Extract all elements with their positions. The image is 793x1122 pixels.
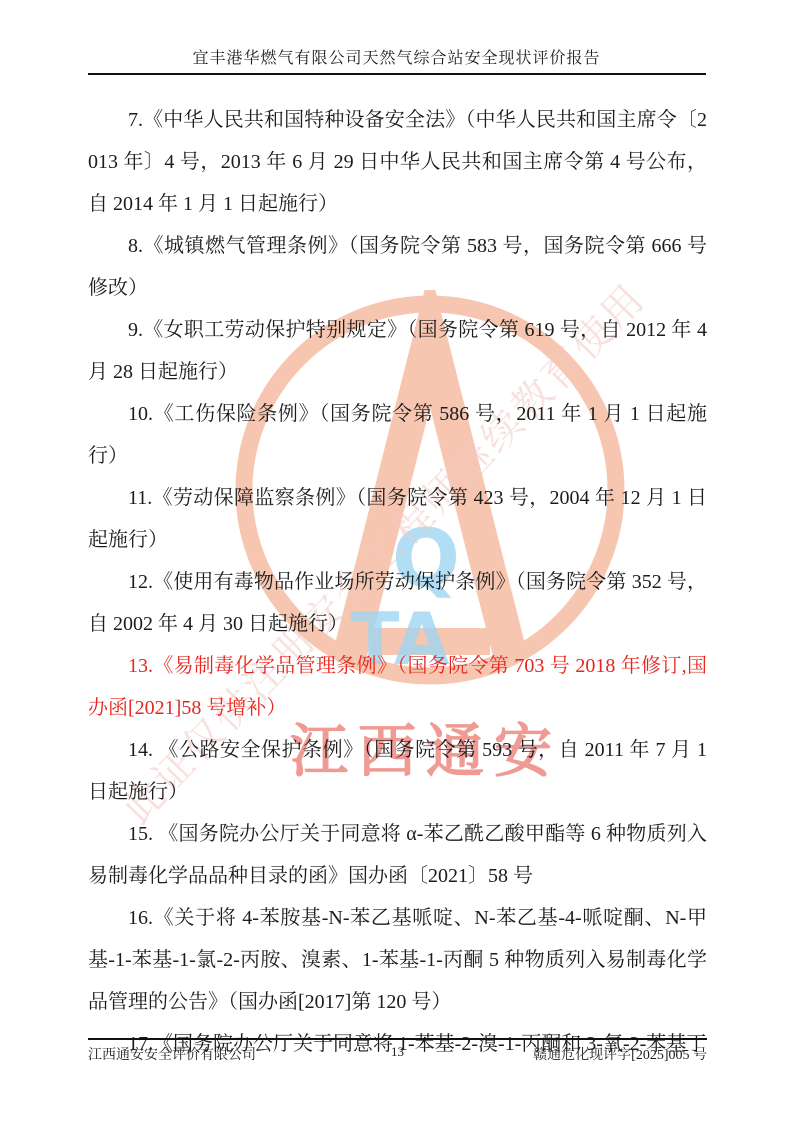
legal-item-11: 11.《劳动保障监察条例》（国务院令第 423 号，2004 年 12 月 1 … (88, 477, 707, 561)
footer-company: 江西通安安全评价有限公司 (88, 1044, 391, 1064)
page-header-title: 宜丰港华燃气有限公司天然气综合站安全现状评价报告 (0, 0, 793, 68)
legal-item-16: 16.《关于将 4-苯胺基-N-苯乙基哌啶、N-苯乙基-4-哌啶酮、N-甲基-1… (88, 897, 707, 1023)
legal-item-15: 15. 《国务院办公厅关于同意将 α-苯乙酰乙酸甲酯等 6 种物质列入易制毒化学… (88, 813, 707, 897)
legal-reference-list: 7.《中华人民共和国特种设备安全法》（中华人民共和国主席令〔2013 年〕4 号… (88, 99, 707, 1065)
footer-doc-number: 赣通危化现评字[2025]005 号 (404, 1044, 707, 1064)
legal-item-7: 7.《中华人民共和国特种设备安全法》（中华人民共和国主席令〔2013 年〕4 号… (88, 99, 707, 225)
document-page: Q TA 此证仅供注册安全工程师继续教育使用 江西通安 宜丰港华燃气有限公司天然… (0, 0, 793, 1122)
legal-item-13: 13.《易制毒化学品管理条例》（国务院令第 703 号 2018 年修订,国办函… (88, 645, 707, 729)
footer-page-number: 13 (391, 1044, 404, 1060)
legal-item-10: 10.《工伤保险条例》（国务院令第 586 号，2011 年 1 月 1 日起施… (88, 393, 707, 477)
header-rule (88, 73, 706, 75)
page-footer: 江西通安安全评价有限公司 13 赣通危化现评字[2025]005 号 (88, 1038, 707, 1064)
legal-item-14: 14. 《公路安全保护条例》（国务院令第 593 号，自 2011 年 7 月 … (88, 729, 707, 813)
legal-item-9: 9.《女职工劳动保护特别规定》（国务院令第 619 号，自 2012 年 4 月… (88, 309, 707, 393)
legal-item-8: 8.《城镇燃气管理条例》（国务院令第 583 号，国务院令第 666 号修改） (88, 225, 707, 309)
legal-item-12: 12.《使用有毒物品作业场所劳动保护条例》（国务院令第 352 号，自 2002… (88, 561, 707, 645)
